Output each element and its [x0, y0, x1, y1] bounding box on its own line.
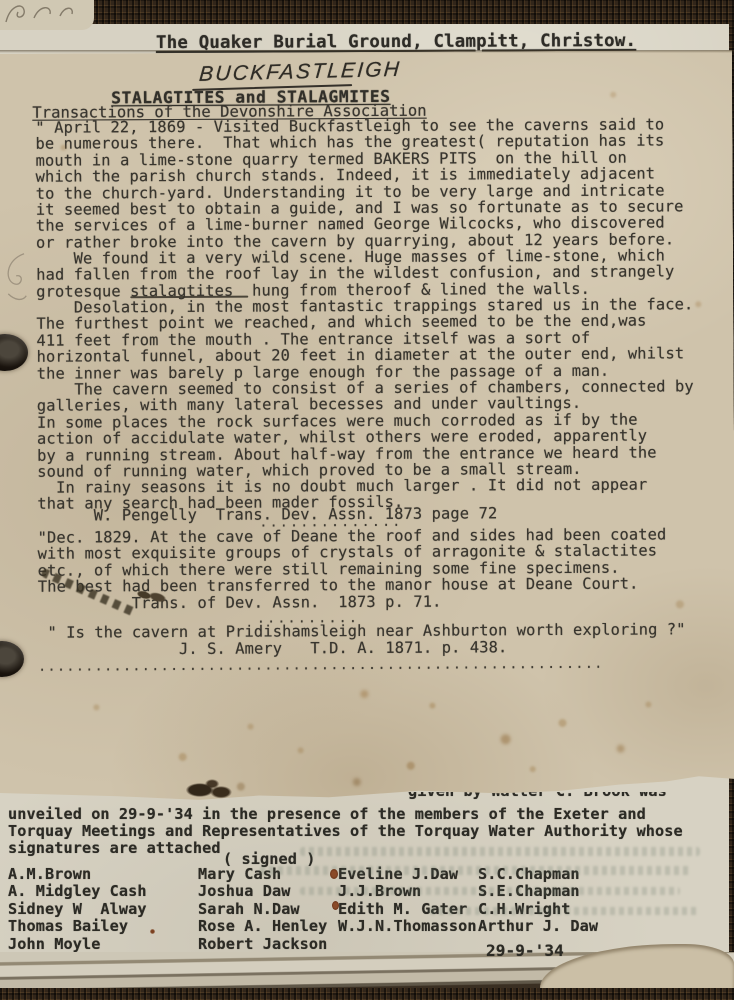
- date-stamp: 29-9-'34: [486, 942, 564, 959]
- signature-name: Sarah N.Daw: [198, 901, 300, 918]
- visit-paragraph-2: We found it a very wild scene. Huge mass…: [36, 247, 674, 300]
- signature-name: A.M.Brown: [8, 866, 91, 883]
- rust-spot: [332, 901, 339, 910]
- signature-name: W.J.N.Thomasson: [338, 918, 477, 935]
- signature-name: Sidney W Alway: [8, 901, 147, 918]
- clipped-line-fragment: given by Walter C. Brook was: [408, 792, 708, 805]
- pen-squiggle: [0, 250, 32, 310]
- fragment-text: given by Walter C. Brook was: [408, 792, 667, 800]
- rust-spot: [150, 929, 155, 934]
- location-heading: BUCKFASTLEIGH: [198, 58, 402, 87]
- signature-name: Thomas Bailey: [8, 918, 128, 935]
- bleed-through-text: [430, 907, 700, 915]
- bleed-through-text: [300, 847, 700, 856]
- deane-cave-note: "Dec. 1829. At the cave of Deane the roo…: [37, 526, 666, 611]
- signature-name: A. Midgley Cash: [8, 883, 147, 900]
- corner-paper-scrap: [0, 0, 94, 30]
- rust-spot: [330, 869, 338, 879]
- signature-name: Arthur J. Daw: [478, 918, 598, 935]
- scanned-album-page: { "document": { "title": "The Quaker Bur…: [0, 0, 734, 1000]
- signature-name: Joshua Daw: [198, 883, 290, 900]
- long-dotted-separator: ........................................…: [38, 657, 604, 675]
- signature-name: John Moyle: [8, 936, 100, 953]
- signature-name: Robert Jackson: [198, 936, 327, 953]
- typewritten-page: BUCKFASTLEIGH STALAGTITES and STALAGMITE…: [0, 50, 734, 802]
- bleed-through-text: [300, 887, 680, 895]
- page-edge-shadow: [0, 50, 734, 53]
- visit-paragraph-1: " April 22, 1869 - Visited Buckfastleigh…: [35, 116, 683, 251]
- ink-blot: [183, 779, 239, 801]
- pen-squiggle: [0, 0, 92, 28]
- signature-name: Rose A. Henley: [198, 918, 327, 935]
- text-line: unveiled on 29-9-'34 in the presence of …: [8, 806, 683, 823]
- visit-paragraph-3: Desolation, in the most fantastic trappi…: [36, 296, 693, 381]
- text-line: Torquay Meetings and Representatives of …: [8, 823, 683, 840]
- bleed-through-text: [260, 866, 690, 875]
- amery-attribution: J. S. Amery T.D. A. 1871. p. 438.: [38, 639, 507, 658]
- visit-paragraph-4: The cavern seemed to consist of a series…: [37, 378, 695, 480]
